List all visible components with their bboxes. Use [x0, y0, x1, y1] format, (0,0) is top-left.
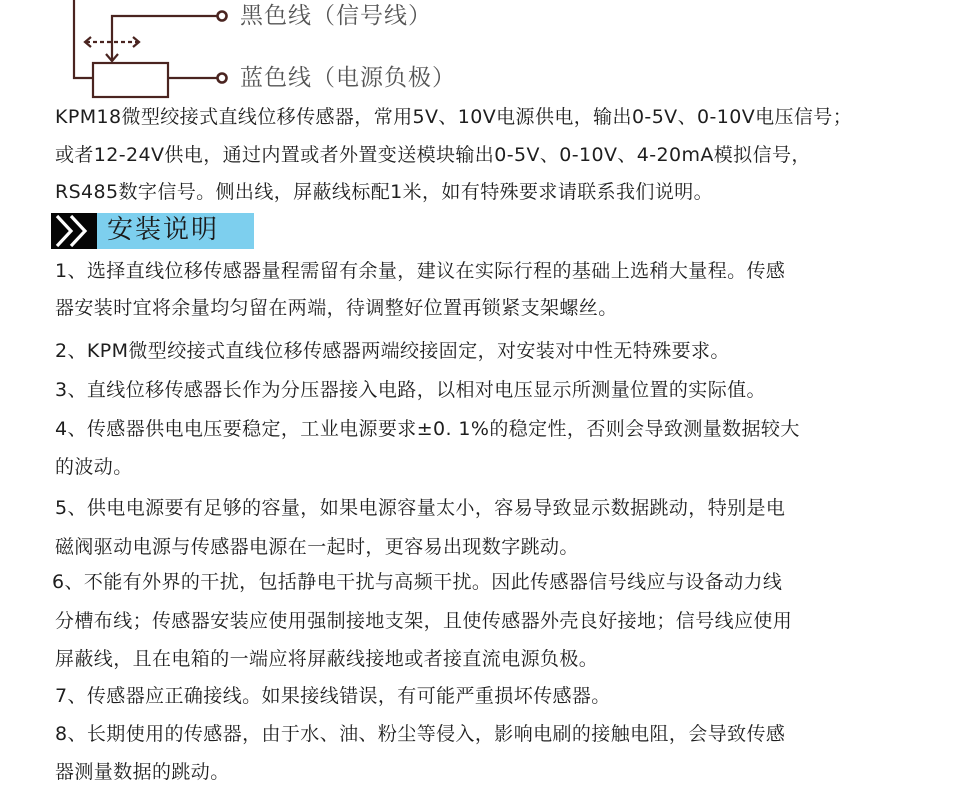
- instruction-line: 2、KPM微型绞接式直线位移传感器两端绞接固定，对安装对中性无特殊要求。: [55, 342, 730, 361]
- section-title: 安装说明: [107, 217, 219, 243]
- instruction-line: 5、供电电源要有足够的容量，如果电源容量太小，容易导致显示数据跳动，特别是电: [55, 499, 785, 518]
- intro-line: 或者12-24V供电，通过内置或者外置变送模块输出0-5V、0-10V、4-20…: [55, 146, 811, 165]
- intro-line: RS485数字信号。侧出线，屏蔽线标配1米，如有特殊要求请联系我们说明。: [55, 183, 713, 202]
- intro-line: KPM18微型绞接式直线位移传感器，常用5V、10V电源供电，输出0-5V、0-…: [55, 108, 852, 127]
- signal-wire-label: 黑色线（信号线）: [240, 5, 432, 28]
- instruction-line: 磁阀驱动电源与传感器电源在一起时，更容易出现数字跳动。: [55, 538, 579, 557]
- instruction-line: 器安装时宜将余量均匀留在两端，待调整好位置再锁紧支架螺丝。: [55, 299, 618, 318]
- power-negative-wire-label: 蓝色线（电源负极）: [240, 67, 456, 90]
- instruction-line: 分槽布线；传感器安装应使用强制接地支架，且使传感器外壳良好接地；信号线应使用: [55, 612, 792, 631]
- instruction-line: 器测量数据的跳动。: [55, 763, 230, 782]
- potentiometer-schematic-icon: [0, 0, 240, 100]
- terminal-negative: [218, 74, 227, 83]
- instruction-line: 屏蔽线，且在电箱的一端应将屏蔽线接地或者接直流电源负极。: [55, 650, 598, 669]
- instruction-line: 8、长期使用的传感器，由于水、油、粉尘等侵入，影响电刷的接触电阻，会导致传感: [55, 725, 785, 744]
- instruction-line: 的波动。: [55, 458, 133, 477]
- wiring-diagram: 黑色线（信号线） 蓝色线（电源负极）: [0, 0, 960, 100]
- instruction-line: 6、不能有外界的干扰，包括静电干扰与高频干扰。因此传感器信号线应与设备动力线: [52, 573, 782, 592]
- terminal-signal: [218, 12, 227, 21]
- double-chevron-right-icon: [51, 213, 97, 249]
- section-header: 安装说明: [51, 213, 254, 249]
- instruction-line: 3、直线位移传感器长作为分压器接入电路，以相对电压显示所测量位置的实际值。: [55, 381, 766, 400]
- instruction-line: 7、传感器应正确接线。如果接线错误，有可能严重损坏传感器。: [55, 687, 611, 706]
- section-title-banner: 安装说明: [97, 213, 254, 249]
- instruction-line: 1、选择直线位移传感器量程需留有余量，建议在实际行程的基础上选稍大量程。传感: [55, 262, 785, 281]
- instruction-line: 4、传感器供电电压要稳定，工业电源要求±0. 1%的稳定性，否则会导致测量数据较…: [55, 420, 800, 439]
- resistor-body: [93, 63, 168, 97]
